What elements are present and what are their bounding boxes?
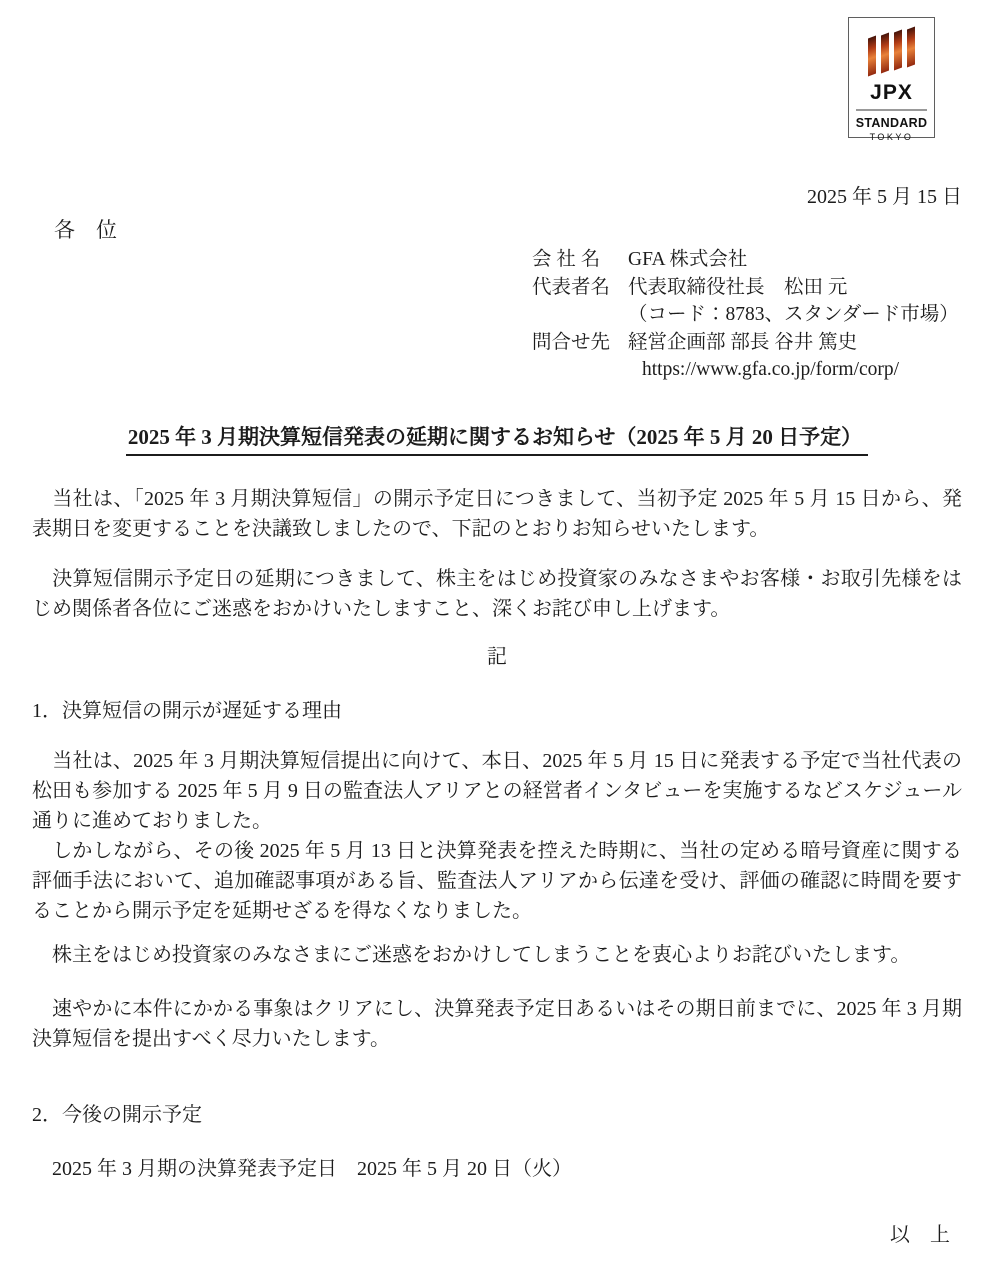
contact-url-row: https://www.gfa.co.jp/form/corp/ <box>532 356 959 384</box>
jpx-standard-tokyo-logo: JPX STANDARD TOKYO <box>848 17 935 138</box>
jpx-bar-icon <box>868 36 876 77</box>
addressee: 各 位 <box>32 216 962 244</box>
record-mark: 記 <box>32 642 962 672</box>
jpx-bar-icon <box>894 30 902 71</box>
title-wrap: 2025 年 3 月期決算短信発表の延期に関するお知らせ（2025 年 5 月 … <box>32 422 962 456</box>
contact-label: 問合せ先 <box>532 329 628 357</box>
company-name-value: GFA 株式会社 <box>628 246 747 274</box>
document-page: JPX STANDARD TOKYO 2025 年 5 月 15 日 各 位 会… <box>0 0 992 1280</box>
representative-row: 代表者名 代表取締役社長 松田 元 <box>532 274 959 302</box>
company-name-row: 会 社 名 GFA 株式会社 <box>532 246 959 274</box>
document-title: 2025 年 3 月期決算短信発表の延期に関するお知らせ（2025 年 5 月 … <box>126 422 868 456</box>
intro-paragraph-2: 決算短信開示予定日の延期につきまして、株主をはじめ投資家のみなさまやお客様・お取… <box>32 564 962 624</box>
section-1-paragraph-2: しかしながら、その後 2025 年 5 月 13 日と決算発表を控えた時期に、当… <box>32 836 962 926</box>
intro-paragraph-1: 当社は、「2025 年 3 月期決算短信」の開示予定日につきまして、当初予定 2… <box>32 484 962 544</box>
stock-code-row: （コード：8783、スタンダード市場） <box>532 301 959 329</box>
section-2-heading: 2．今後の開示予定 <box>32 1100 962 1130</box>
section-2-schedule-line: 2025 年 3 月期の決算発表予定日 2025 年 5 月 20 日（火） <box>32 1154 962 1184</box>
jpx-logo-text: JPX <box>849 82 934 103</box>
contact-value: 経営企画部 部長 谷井 篤史 <box>628 329 857 357</box>
section-1-paragraph-3: 株主をはじめ投資家のみなさまにご迷惑をおかけしてしまうことを衷心よりお詫びいたし… <box>32 940 962 970</box>
jpx-market-tier-label: STANDARD <box>849 117 934 130</box>
company-info-block: 会 社 名 GFA 株式会社 代表者名 代表取締役社長 松田 元 （コード：87… <box>532 246 959 384</box>
company-name-label: 会 社 名 <box>532 246 628 274</box>
jpx-bars-icon <box>868 28 915 78</box>
jpx-city-label: TOKYO <box>849 133 934 142</box>
section-1-paragraph-4: 速やかに本件にかかる事象はクリアにし、決算発表予定日あるいはその期日前までに、2… <box>32 994 962 1054</box>
closing-mark: 以 上 <box>32 1220 962 1250</box>
jpx-bar-icon <box>881 33 889 74</box>
representative-value: 代表取締役社長 松田 元 <box>628 274 847 302</box>
section-1-heading: 1．決算短信の開示が遅延する理由 <box>32 696 962 726</box>
jpx-bar-icon <box>907 27 915 68</box>
document-date: 2025 年 5 月 15 日 <box>32 0 962 210</box>
jpx-logo-divider <box>856 109 927 111</box>
contact-url: https://www.gfa.co.jp/form/corp/ <box>628 356 899 384</box>
stock-code-value: （コード：8783、スタンダード市場） <box>628 301 959 329</box>
representative-label: 代表者名 <box>532 274 628 302</box>
contact-row: 問合せ先 経営企画部 部長 谷井 篤史 <box>532 329 959 357</box>
section-1-paragraph-1: 当社は、2025 年 3 月期決算短信提出に向けて、本日、2025 年 5 月 … <box>32 746 962 836</box>
